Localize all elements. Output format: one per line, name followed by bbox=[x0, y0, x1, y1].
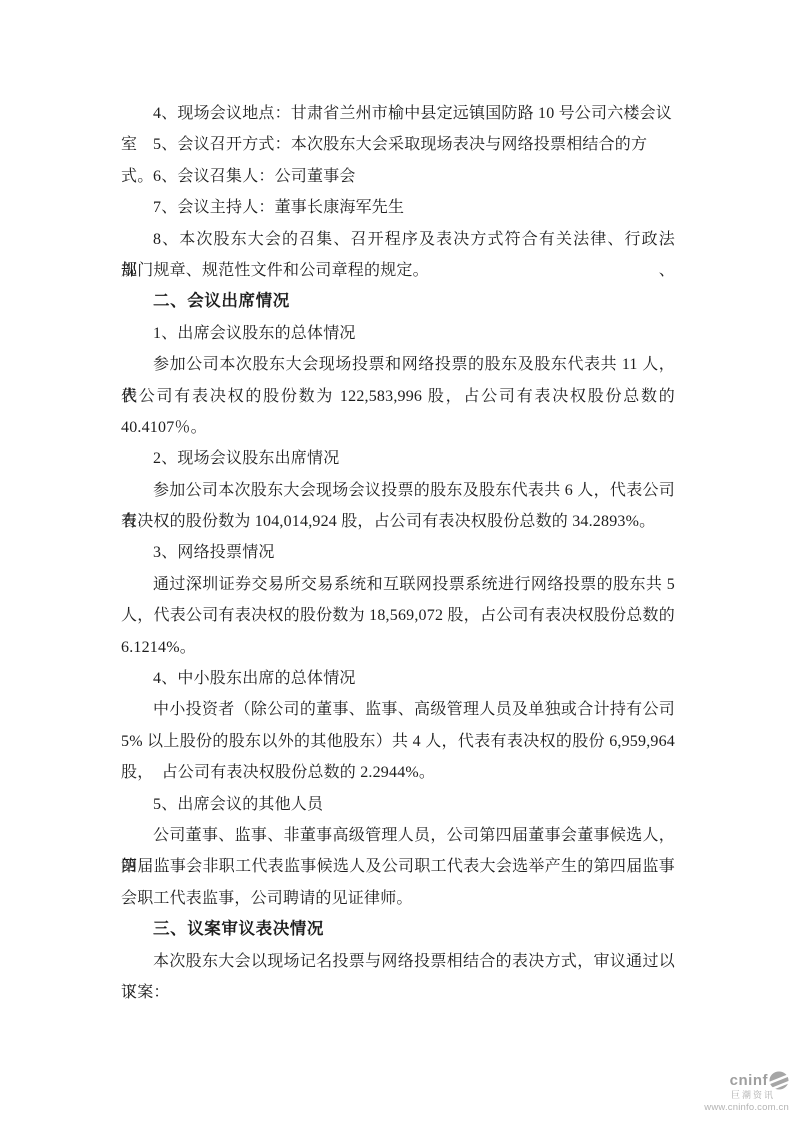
cninfo-url: www.cninfo.com.cn bbox=[704, 1103, 789, 1113]
doc-line: 参加公司本次股东大会现场投票和网络投票的股东及股东代表共 11 人，代 bbox=[121, 349, 675, 380]
doc-line: 1、出席会议股东的总体情况 bbox=[121, 318, 675, 349]
doc-line: 股， 占公司有表决权股份总数的 2.2944%。 bbox=[121, 757, 675, 788]
doc-line: 5、会议召开方式：本次股东大会采取现场表决与网络投票相结合的方式。 bbox=[121, 129, 675, 160]
doc-line: 40.4107％。 bbox=[121, 412, 675, 443]
doc-line: 5、出席会议的其他人员 bbox=[121, 789, 675, 820]
doc-line: 7、会议主持人：董事长康海军先生 bbox=[121, 192, 675, 223]
doc-line: 6.1214%。 bbox=[121, 632, 675, 663]
doc-line: 4、中小股东出席的总体情况 bbox=[121, 663, 675, 694]
doc-line: 中小投资者（除公司的董事、监事、高级管理人员及单独或合计持有公司 bbox=[121, 694, 675, 725]
doc-line: 8、本次股东大会的召集、召开程序及表决方式符合有关法律、行政法规、 bbox=[121, 224, 675, 255]
doc-line: 表公司有表决权的股份数为 122,583,996 股，占公司有表决权股份总数的 bbox=[121, 381, 675, 412]
doc-line: 四届监事会非职工代表监事候选人及公司职工代表大会选举产生的第四届监事 bbox=[121, 851, 675, 882]
doc-line: 公司董事、监事、非董事高级管理人员，公司第四届董事会董事候选人，第 bbox=[121, 820, 675, 851]
document-page: 4、现场会议地点：甘肃省兰州市榆中县定远镇国防路 10 号公司六楼会议室 5、会… bbox=[0, 0, 793, 1122]
doc-line: 本次股东大会以现场记名投票与网络投票相结合的表决方式，审议通过以下 bbox=[121, 946, 675, 977]
doc-line: 2、现场会议股东出席情况 bbox=[121, 443, 675, 474]
doc-line: 通过深圳证券交易所交易系统和互联网投票系统进行网络投票的股东共 5 bbox=[121, 569, 675, 600]
doc-line: 表决权的股份数为 104,014,924 股，占公司有表决权股份总数的 34.2… bbox=[121, 506, 675, 537]
doc-line: 5% 以上股份的股东以外的其他股东）共 4 人，代表有表决权的股份 6,959,… bbox=[121, 726, 675, 757]
cninfo-logo-text: cninf bbox=[730, 1073, 768, 1088]
doc-line: 人，代表公司有表决权的股份数为 18,569,072 股，占公司有表决权股份总数… bbox=[121, 600, 675, 631]
doc-line: 会职工代表监事，公司聘请的见证律师。 bbox=[121, 883, 675, 914]
cninfo-swirl-icon bbox=[769, 1071, 789, 1090]
doc-line: 6、会议召集人：公司董事会 bbox=[121, 161, 675, 192]
cninfo-watermark: cninf 巨潮资讯 www.cninfo.com.cn bbox=[704, 1071, 789, 1113]
document-body: 4、现场会议地点：甘肃省兰州市榆中县定远镇国防路 10 号公司六楼会议室 5、会… bbox=[121, 98, 675, 1008]
heading-meeting-attendance: 二、会议出席情况 bbox=[121, 286, 675, 317]
doc-line: 4、现场会议地点：甘肃省兰州市榆中县定远镇国防路 10 号公司六楼会议室 bbox=[121, 98, 675, 129]
heading-proposal-voting: 三、议案审议表决情况 bbox=[121, 914, 675, 945]
doc-line: 3、网络投票情况 bbox=[121, 537, 675, 568]
doc-line: 参加公司本次股东大会现场会议投票的股东及股东代表共 6 人，代表公司有 bbox=[121, 475, 675, 506]
cninfo-chinese-name: 巨潮资讯 bbox=[704, 1091, 789, 1100]
doc-line: 议案： bbox=[121, 977, 675, 1008]
cninfo-brand-row: cninf bbox=[704, 1071, 789, 1090]
